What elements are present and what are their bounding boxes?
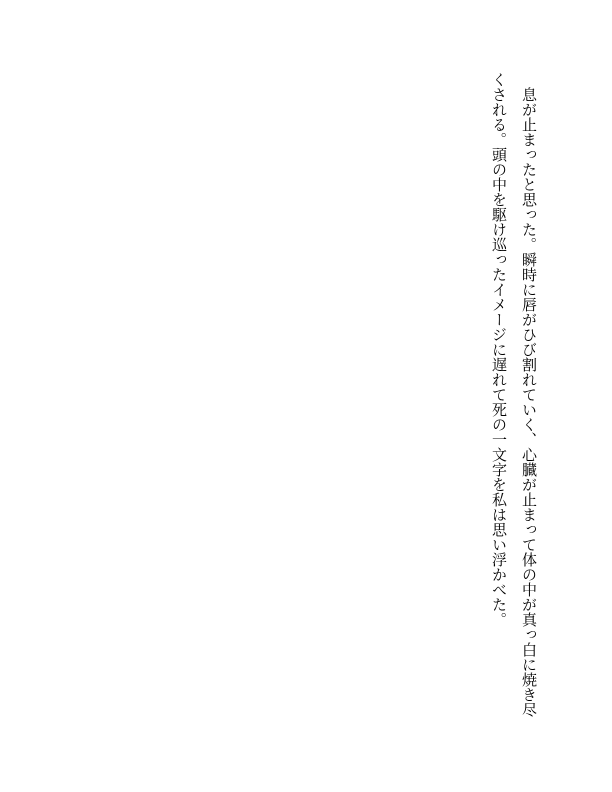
vertical-text-block: 息が止まったと思った。瞬時に唇がひび割れていく、心臓が止まって体の中が真っ白に焼… <box>483 72 543 720</box>
document-page: 息が止まったと思った。瞬時に唇がひび割れていく、心臓が止まって体の中が真っ白に焼… <box>0 0 612 792</box>
paragraph: 息が止まったと思った。瞬時に唇がひび割れていく、心臓が止まって体の中が真っ白に焼… <box>483 72 543 720</box>
